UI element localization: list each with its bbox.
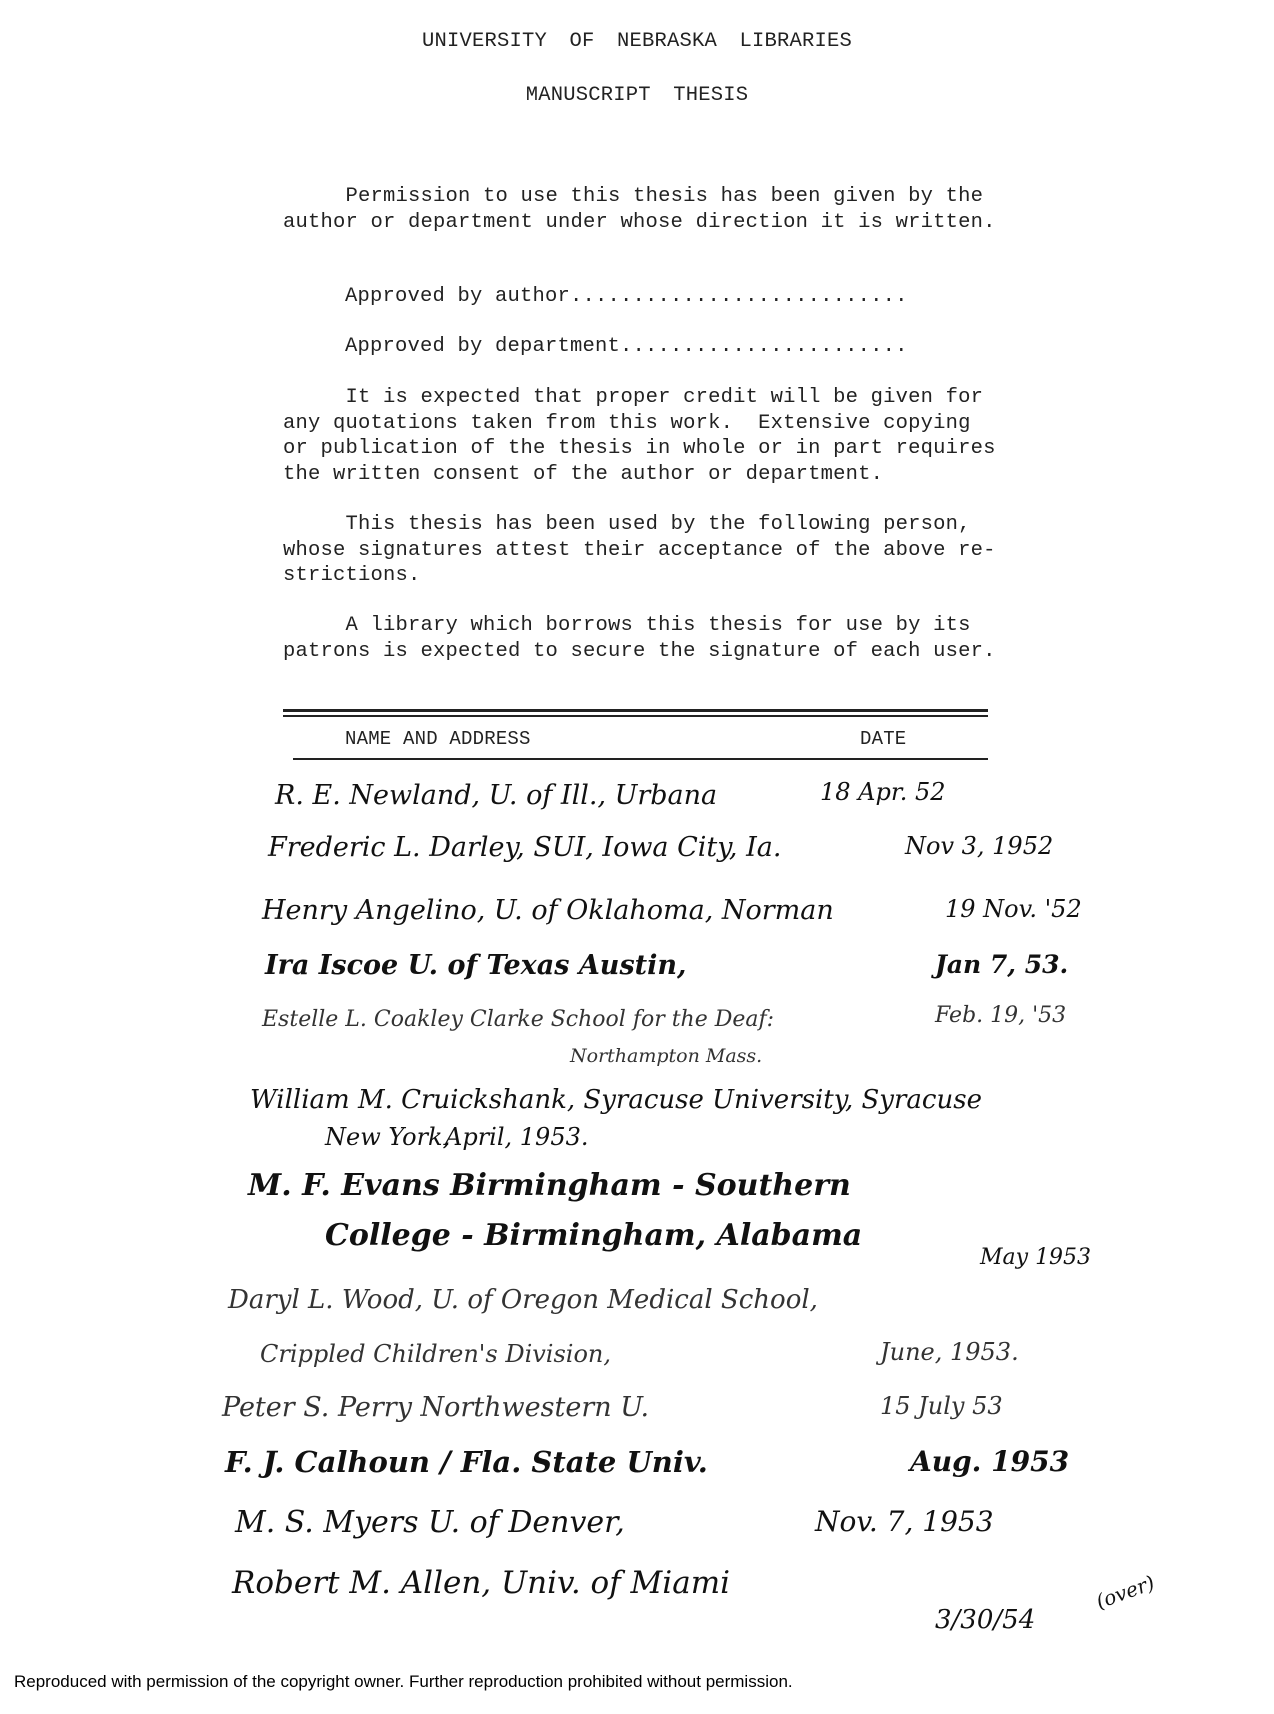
signature-date: Nov. 7, 1953 — [815, 1505, 994, 1538]
signature-entry: R. E. Newland, U. of Ill., Urbana — [275, 780, 717, 811]
approved-by-author-line: Approved by author......................… — [345, 285, 908, 308]
signature-entry: Peter S. Perry Northwestern U. — [222, 1392, 649, 1423]
signature-date: June, 1953. — [880, 1338, 1019, 1366]
signature-entry: M. S. Myers U. of Denver, — [235, 1505, 625, 1540]
thesis-permission-page: UNIVERSITY OF NEBRASKA LIBRARIES MANUSCR… — [0, 0, 1274, 1714]
signature-date: 18 Apr. 52 — [820, 778, 946, 806]
signature-entry-line2: College - Birmingham, Alabama — [325, 1218, 862, 1253]
document-subtitle: MANUSCRIPT THESIS — [0, 84, 1274, 107]
credit-paragraph: It is expected that proper credit will b… — [283, 385, 1003, 487]
signature-date: Nov 3, 1952 — [905, 832, 1053, 860]
table-top-rule-inner — [283, 715, 988, 717]
signature-entry-line2: Crippled Children's Division, — [260, 1340, 611, 1368]
signature-date: Aug. 1953 — [910, 1445, 1069, 1478]
table-header-rule — [293, 758, 988, 760]
signature-entry: William M. Cruickshank, Syracuse Univers… — [250, 1085, 982, 1115]
column-header-name-address: NAME AND ADDRESS — [345, 728, 531, 750]
usage-paragraph: This thesis has been used by the followi… — [283, 512, 1003, 589]
signature-entry-line2: Northampton Mass. — [570, 1045, 762, 1067]
reproduction-notice: Reproduced with permission of the copyri… — [14, 1672, 793, 1692]
institution-title: UNIVERSITY OF NEBRASKA LIBRARIES — [0, 30, 1274, 53]
signature-date: 19 Nov. '52 — [945, 895, 1082, 923]
table-top-rule — [283, 709, 988, 712]
signature-entry: Estelle L. Coakley Clarke School for the… — [262, 1007, 774, 1032]
signature-date: 3/30/54 — [935, 1605, 1035, 1635]
signature-entry: Henry Angelino, U. of Oklahoma, Norman — [262, 895, 834, 926]
column-header-date: DATE — [860, 728, 906, 750]
permission-paragraph: Permission to use this thesis has been g… — [283, 184, 1003, 235]
signature-date: Feb. 19, '53 — [935, 1003, 1066, 1028]
signature-entry: Frederic L. Darley, SUI, Iowa City, Ia. — [268, 832, 781, 863]
over-note: (over) — [1093, 1570, 1158, 1613]
signature-entry: Ira Iscoe U. of Texas Austin, — [265, 950, 686, 981]
signature-entry: Robert M. Allen, Univ. of Miami — [232, 1565, 730, 1601]
signature-date: April, 1953. — [445, 1123, 588, 1151]
signature-entry: M. F. Evans Birmingham - Southern — [248, 1168, 851, 1203]
library-paragraph: A library which borrows this thesis for … — [283, 613, 1003, 664]
approved-by-department-line: Approved by department..................… — [345, 335, 908, 358]
signature-date: 15 July 53 — [880, 1392, 1003, 1420]
signature-entry: Daryl L. Wood, U. of Oregon Medical Scho… — [228, 1285, 818, 1315]
signature-date: May 1953 — [980, 1245, 1091, 1270]
signature-entry: F. J. Calhoun / Fla. State Univ. — [225, 1445, 708, 1479]
signature-date: Jan 7, 53. — [935, 950, 1068, 979]
signature-entry-line2: New York, — [325, 1123, 450, 1151]
